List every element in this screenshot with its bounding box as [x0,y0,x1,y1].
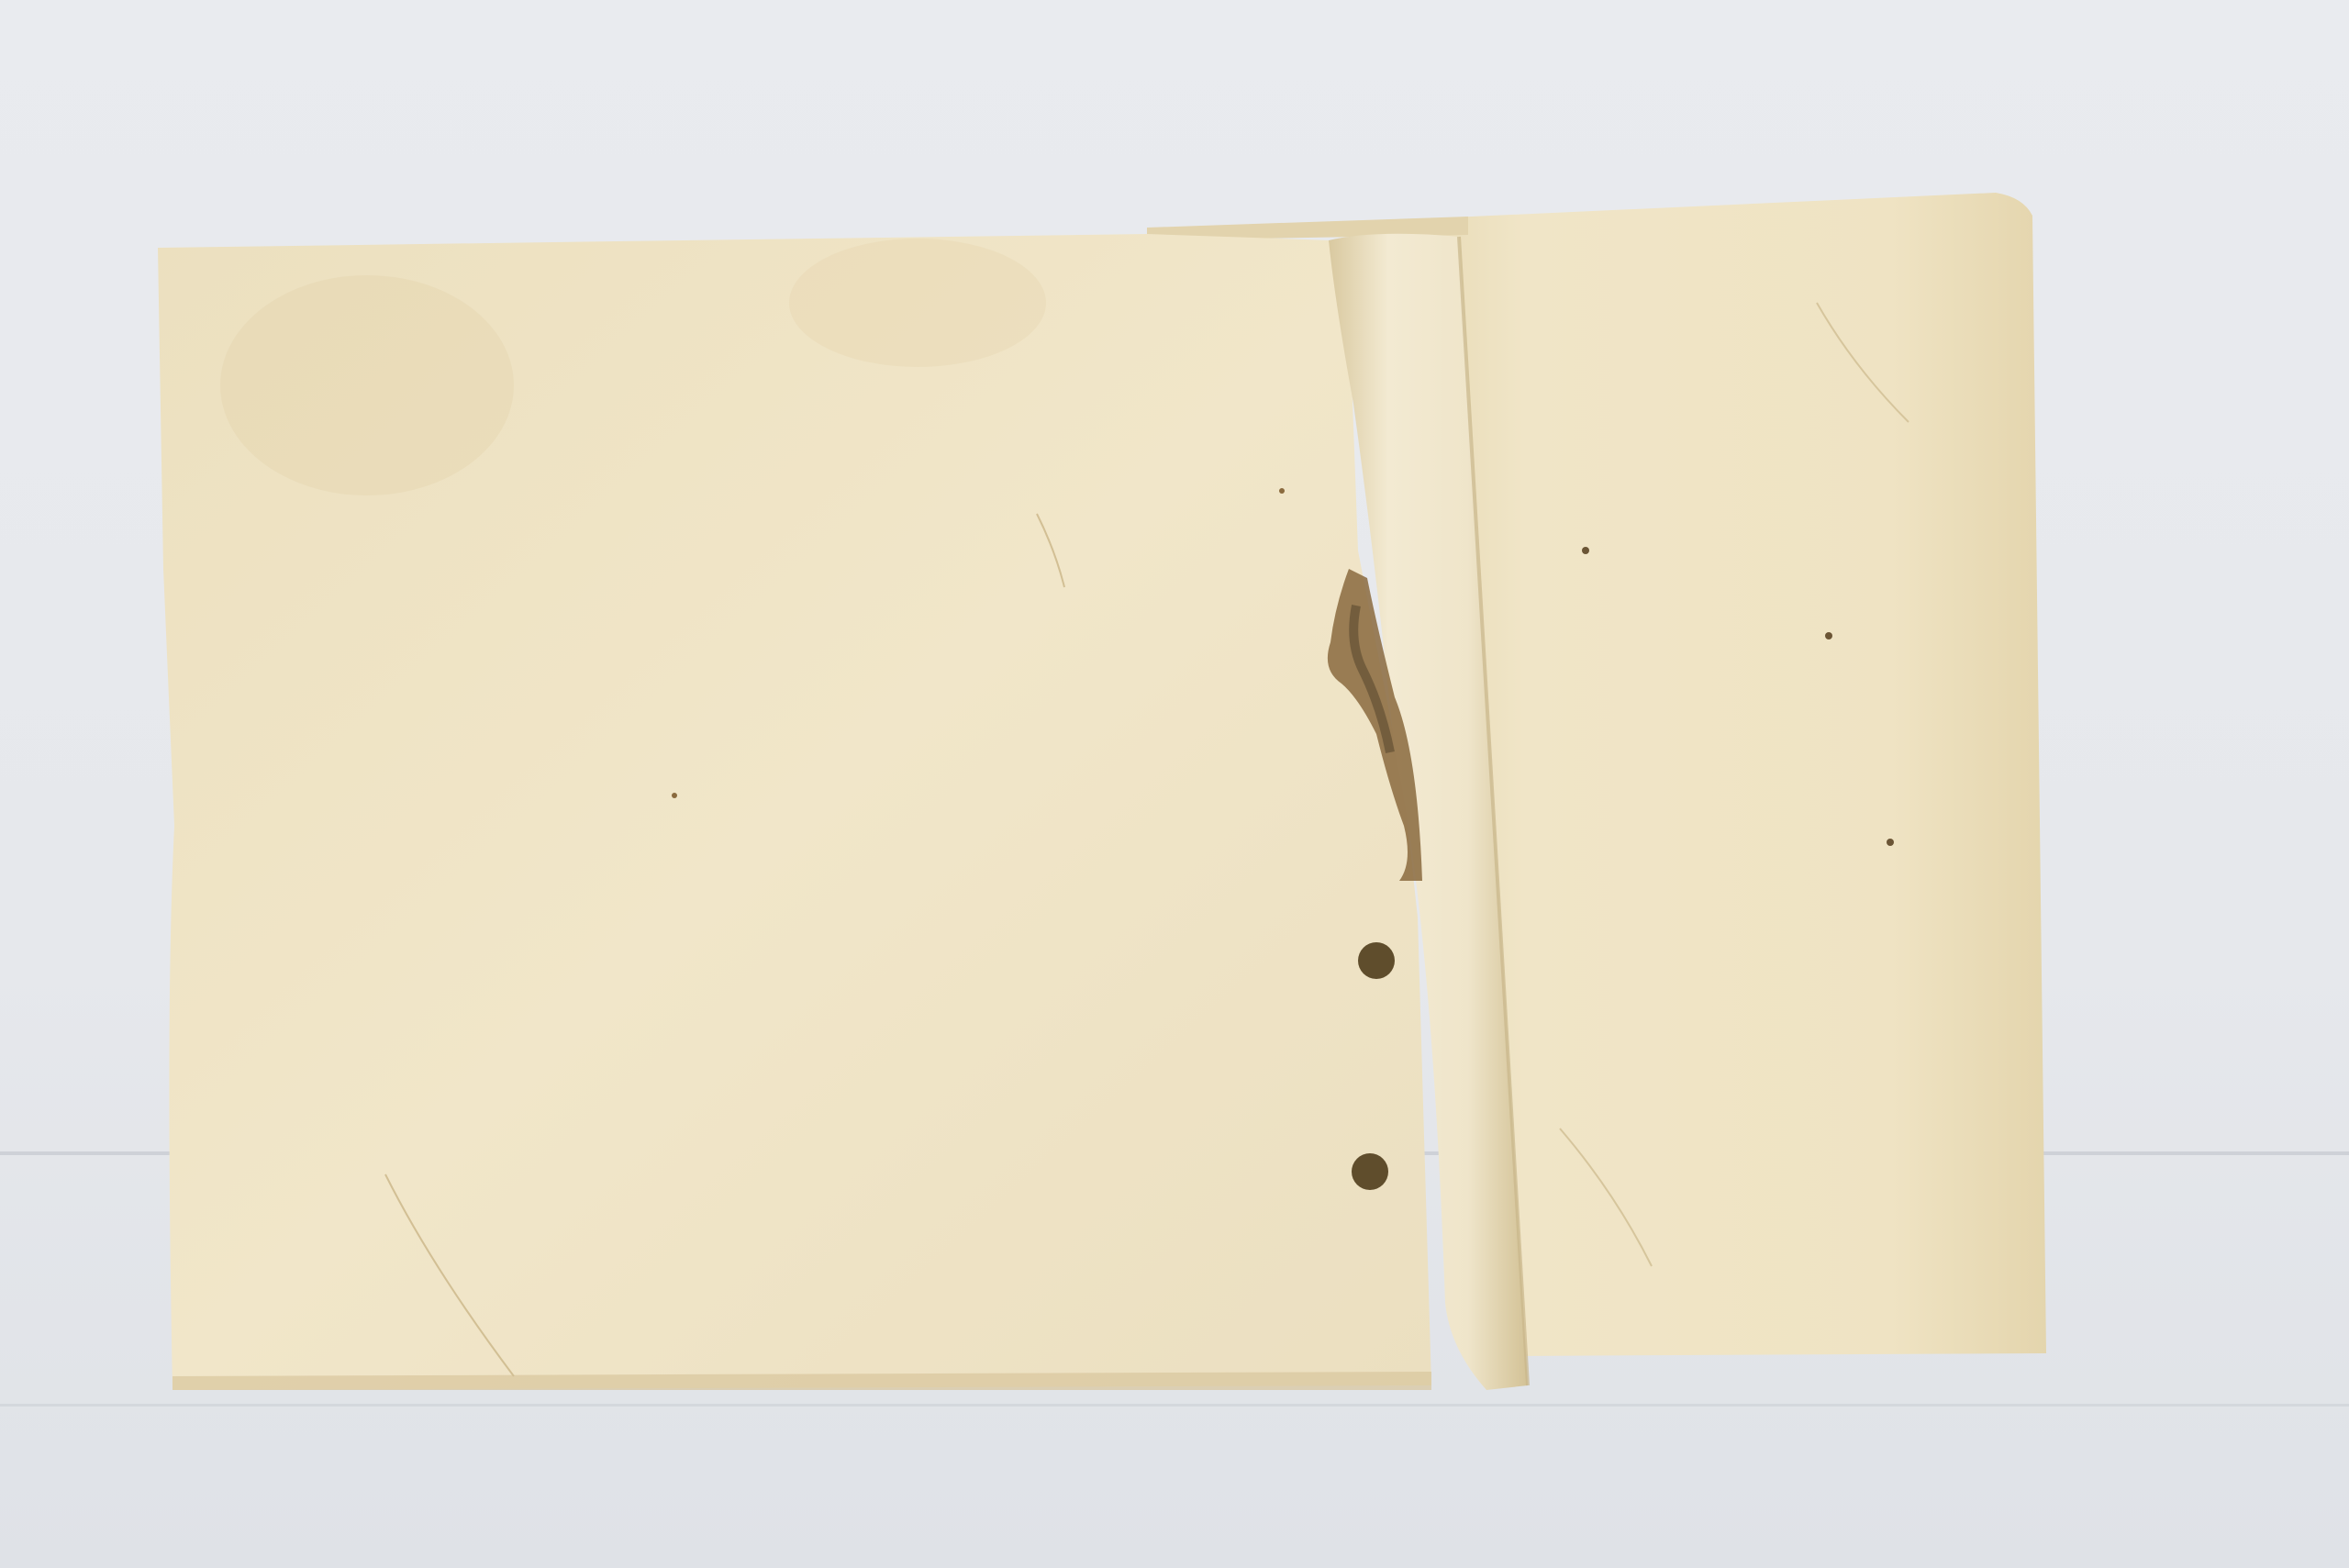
parchment-photo [0,0,2349,1568]
punched-hole-2 [1352,1153,1388,1190]
punched-hole-1 [1358,942,1395,979]
parchment-right-panel [1431,193,2046,1356]
